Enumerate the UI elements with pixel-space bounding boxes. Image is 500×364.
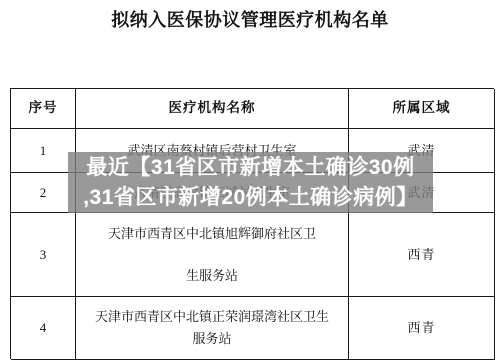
row-number-cell: 3 [11,213,76,297]
institution-name-cell: 天津市西青区中北镇正荣润璟湾社区卫生服务站 [76,297,349,360]
column-header-region: 所属区域 [349,89,495,129]
news-caption-line-1: 最近【31省区市新增本土确诊30例 [86,153,414,183]
news-caption-overlay: 最近【31省区市新增本土确诊30例 ,31省区市新增20例本土确诊病例】 [68,152,433,213]
row-number-cell: 1 [11,129,76,173]
column-header-serial: 序号 [11,89,76,129]
region-cell: 西青 [349,297,495,360]
document-page: 拟纳入医保协议管理医疗机构名单 序号 医疗机构名称 所属区域 1 武清区南蔡村镇… [0,0,500,364]
row-number-cell: 4 [11,297,76,360]
institutions-table: 序号 医疗机构名称 所属区域 1 武清区南蔡村镇后营村卫生室 武清 2 武清区高… [10,88,494,359]
news-caption-line-2: ,31省区市新增20例本土确诊病例】 [83,183,418,213]
column-header-institution-name: 医疗机构名称 [76,89,349,129]
page-title: 拟纳入医保协议管理医疗机构名单 [0,6,500,32]
row-number-cell: 2 [11,173,76,213]
region-cell: 西青 [349,213,495,297]
institution-name-cell: 天津市西青区中北镇旭辉御府社区卫生服务站 [76,213,349,297]
